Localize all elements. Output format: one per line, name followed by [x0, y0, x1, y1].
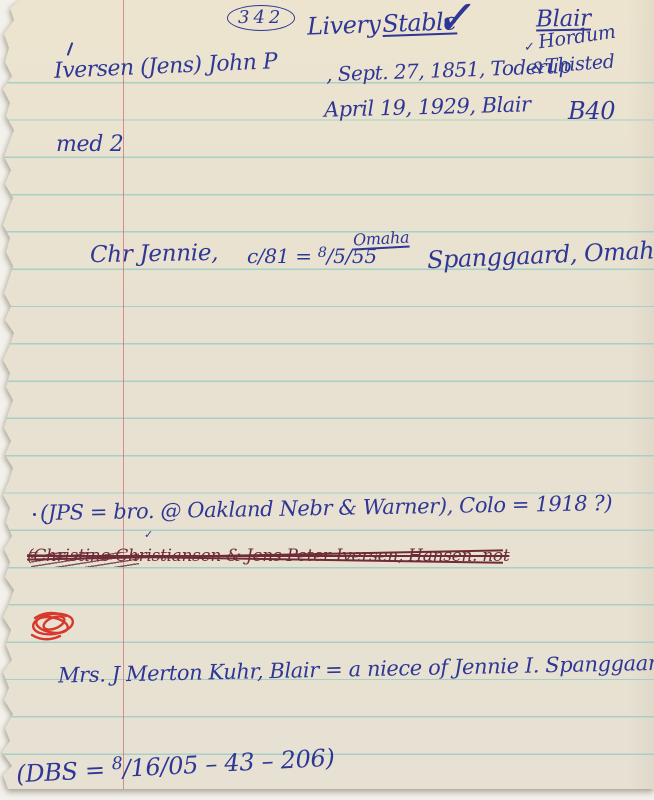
checkmark-icon: ✓: [434, 0, 479, 49]
superscript-8: 8: [318, 245, 327, 261]
birth-county: Thisted: [544, 51, 615, 78]
tick-icon: ✓: [144, 528, 153, 541]
ink-dot: [33, 513, 36, 516]
marriage-note: med 2: [56, 132, 123, 157]
ampersand-mark: &: [531, 58, 545, 77]
crossed-out-note: (Christine Christiansen & Jens Peter Ive…: [27, 546, 509, 566]
superscript-8: 8: [111, 754, 123, 775]
page-number: 342: [227, 5, 295, 31]
child-name: Chr Jennie,: [90, 240, 219, 268]
ref-code: B40: [568, 97, 615, 125]
checkmark-icon: ✓: [524, 40, 535, 55]
page-number-circle: 342: [227, 5, 295, 31]
person-name: Iversen (Jens) John P: [54, 49, 278, 84]
child-place-superscript: Omaha: [353, 228, 410, 250]
paper-sheet: 342 Livery Stable ✓ Blair Iversen (Jens)…: [0, 0, 654, 789]
scanned-page: 342 Livery Stable ✓ Blair Iversen (Jens)…: [0, 0, 654, 800]
red-scribble-mark: [25, 605, 81, 645]
pen-mark: [67, 42, 74, 56]
scribble-over-word: [31, 552, 139, 567]
